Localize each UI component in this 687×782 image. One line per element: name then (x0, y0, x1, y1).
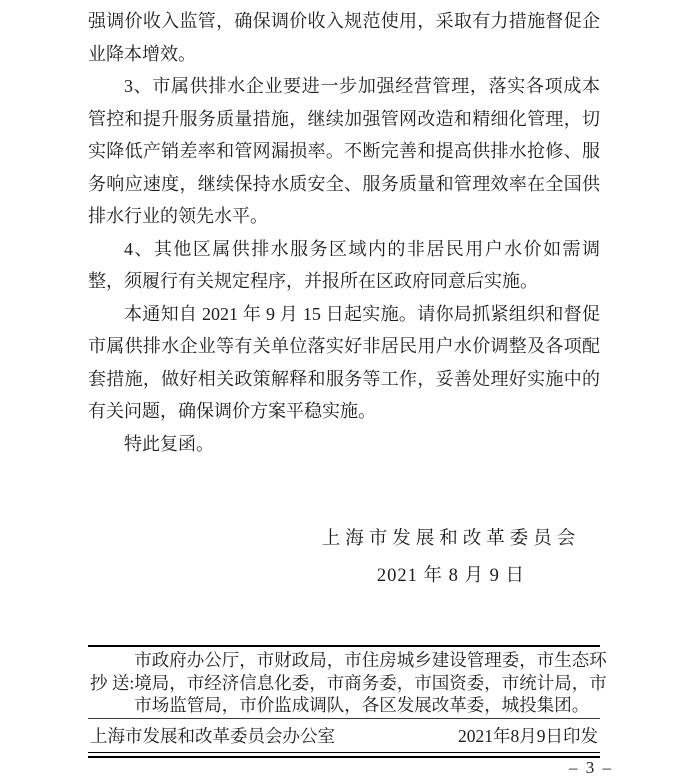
bottom-divider (88, 752, 600, 758)
print-date: 2021年8月9日印发 (458, 723, 598, 748)
cc-section: 抄 送: 市政府办公厅，市财政局，市住房城乡建设管理委，市生态环 境局，市经济信… (88, 645, 600, 719)
signature-date: 2021 年 8 月 9 日 (295, 561, 607, 587)
signature-block: 上海市发展和改革委员会 2021 年 8 月 9 日 (295, 524, 607, 587)
cc-label: 抄 送: (88, 649, 134, 717)
cc-list: 市政府办公厅，市财政局，市住房城乡建设管理委，市生态环 境局，市经济信息化委，市… (134, 649, 607, 717)
cc-line: 市场监管局，市价监成调队，各区发展改革委，城投集团。 (134, 694, 607, 717)
paragraph-closing: 特此复函。 (88, 428, 600, 461)
document-body: 强调价收入监管，确保调价收入规范使用，采取有力措施督促企业降本增效。 3、市属供… (88, 5, 600, 460)
page-number: – 3 – (569, 758, 613, 778)
document-page: 强调价收入监管，确保调价收入规范使用，采取有力措施督促企业降本增效。 3、市属供… (0, 0, 687, 782)
paragraph-implementation: 本通知自 2021 年 9 月 15 日起实施。请你局抓紧组织和督促市属供排水企… (88, 298, 600, 428)
signature-organization: 上海市发展和改革委员会 (295, 524, 607, 550)
colophon: 抄 送: 市政府办公厅，市财政局，市住房城乡建设管理委，市生态环 境局，市经济信… (88, 645, 600, 758)
cc-line: 市政府办公厅，市财政局，市住房城乡建设管理委，市生态环 (134, 649, 607, 672)
issuing-office: 上海市发展和改革委员会办公室 (90, 723, 335, 748)
paragraph-continuation: 强调价收入监管，确保调价收入规范使用，采取有力措施督促企业降本增效。 (88, 5, 600, 70)
cc-line: 境局，市经济信息化委，市商务委，市国资委，市统计局，市 (134, 672, 607, 695)
paragraph-item-4: 4、其他区属供排水服务区域内的非居民用户水价如需调整，须履行有关规定程序，并报所… (88, 233, 600, 298)
paragraph-item-3: 3、市属供排水企业要进一步加强经营管理，落实各项成本管控和提升服务质量措施，继续… (88, 70, 600, 233)
issuing-office-row: 上海市发展和改革委员会办公室 2021年8月9日印发 (88, 719, 600, 752)
